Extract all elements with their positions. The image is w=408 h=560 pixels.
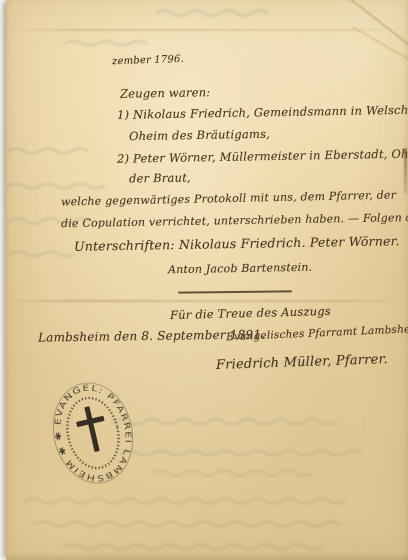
pastor-signature: Friedrich Müller, Pfarrer.	[216, 352, 388, 373]
handwritten-line: der Braut,	[129, 170, 191, 185]
horizontal-fold-crease	[6, 300, 408, 302]
handwritten-line: 2) Peter Wörner, Müllermeister in Eberst…	[117, 146, 408, 165]
handwritten-line: Unterschriften: Nikolaus Friedrich. Pete…	[74, 233, 400, 254]
handwritten-line: die Copulation verrichtet, unterschriebe…	[61, 211, 408, 230]
parish-stamp: ✱ EVANGEL: PFARREI LAMBSHEIM ✱	[40, 372, 146, 494]
handwritten-line: 1) Nikolaus Friedrich, Gemeindsmann in W…	[117, 102, 408, 122]
divider-rule	[178, 290, 292, 293]
handwritten-line: Zeugen waren:	[120, 85, 211, 101]
paper-sheet: zember 1796. Zeugen waren: 1) Nikolaus F…	[6, 0, 408, 560]
attestation-line: Für die Treue des Auszugs	[170, 304, 331, 322]
document-scan: zember 1796. Zeugen waren: 1) Nikolaus F…	[0, 0, 408, 560]
handwritten-signature-1796: Anton Jacob Bartenstein.	[168, 261, 313, 277]
handwritten-line: zember 1796.	[112, 54, 184, 68]
stamp-graphic: ✱ EVANGEL: PFARREI LAMBSHEIM ✱	[40, 372, 146, 494]
horizontal-crease-top	[6, 29, 408, 31]
handwritten-line: welche gegenwärtiges Protokoll mit uns, …	[61, 188, 396, 208]
handwritten-line: Oheim des Bräutigams,	[129, 127, 270, 143]
parish-office-line: Evangelisches Pfarramt Lambsheim.	[226, 323, 408, 344]
cross-icon	[73, 404, 111, 455]
corner-crease	[352, 26, 408, 64]
corner-crease	[340, 0, 408, 51]
